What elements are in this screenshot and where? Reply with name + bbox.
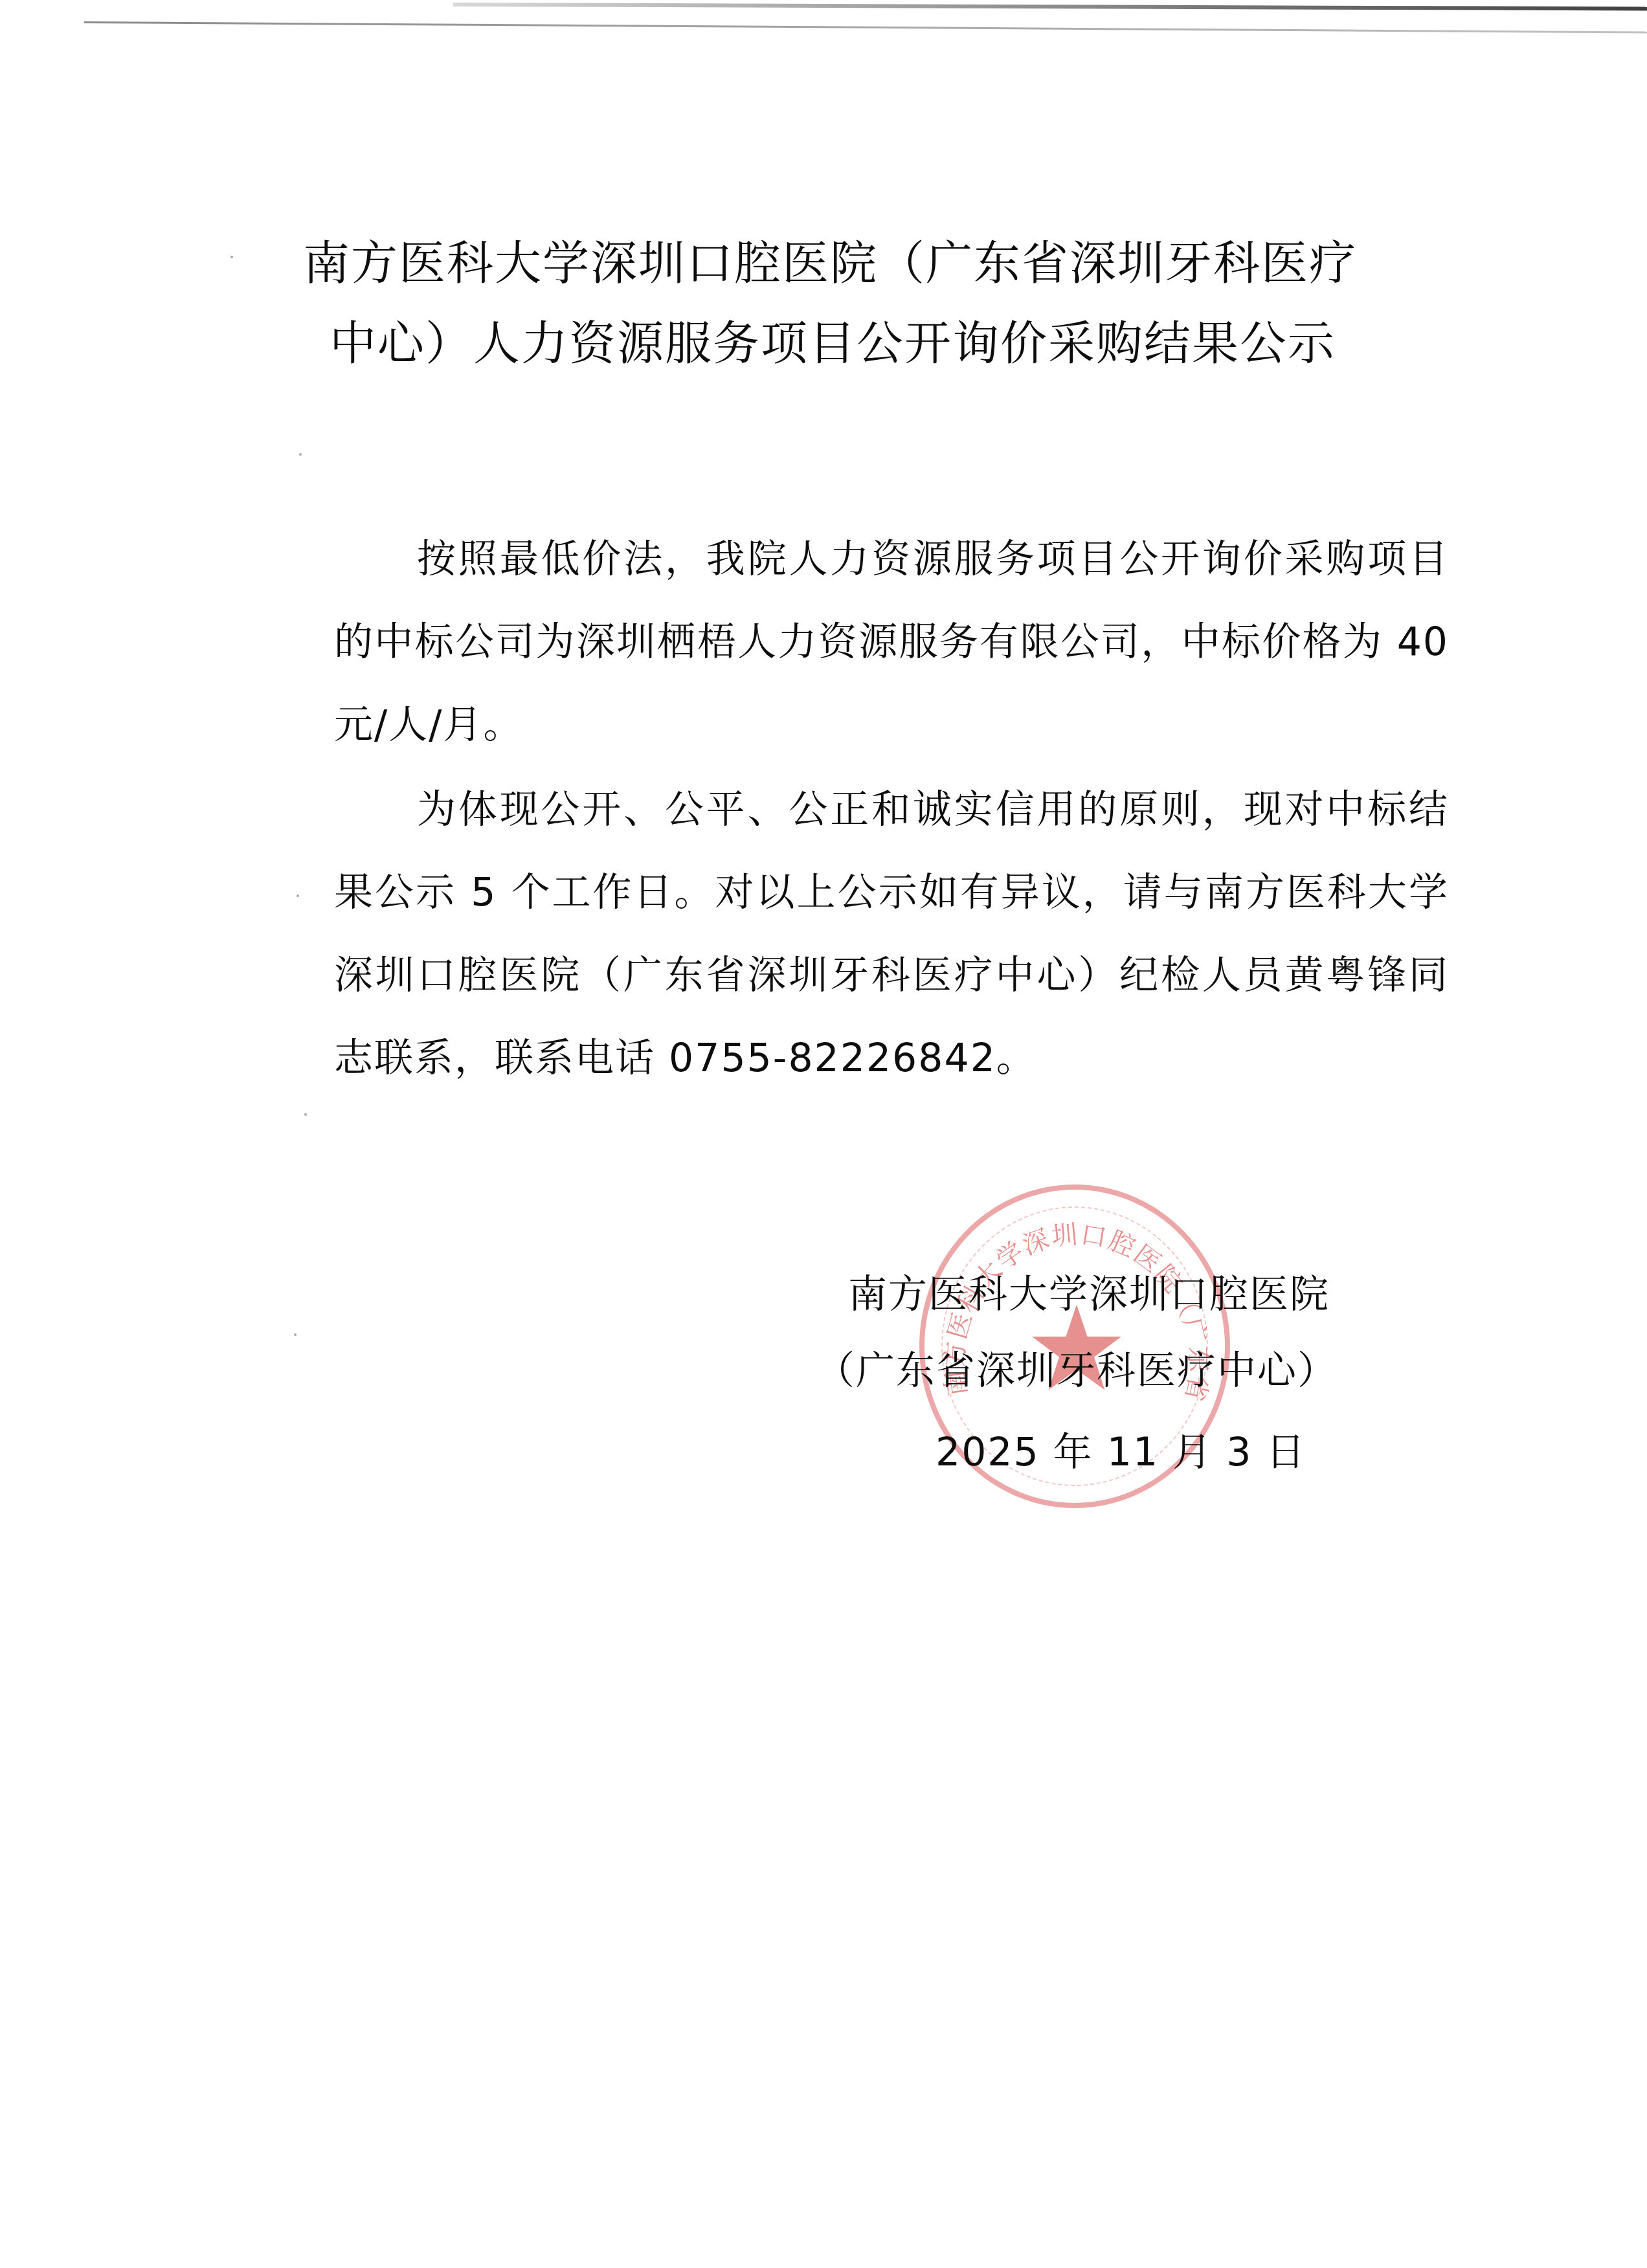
scan-speck (297, 895, 299, 897)
scan-speck (304, 1113, 307, 1116)
body-paragraph-publicity: 为体现公开、公平、公正和诚实信用的原则，现对中标结果公示 5 个工作日。对以上公… (334, 768, 1449, 1100)
document-title-line-1: 南方医科大学深圳口腔医院（广东省深圳牙科医疗 (6, 239, 1647, 286)
scan-edge-line (453, 3, 1647, 10)
scan-edge-line (84, 21, 1647, 34)
scan-speck (230, 256, 233, 258)
signature-organization-sub: （广东省深圳牙科医疗中心） (816, 1351, 1338, 1390)
scan-speck (299, 453, 302, 456)
document-title-line-2: 中心）人力资源服务项目公开询价采购结果公示 (9, 320, 1647, 366)
body-paragraph-result: 按照最低价法，我院人力资源服务项目公开询价采购项目的中标公司为深圳栖梧人力资源服… (334, 518, 1449, 766)
signature-date: 2025 年 11 月 3 日 (936, 1433, 1306, 1472)
scan-speck (294, 1333, 297, 1336)
signature-organization: 南方医科大学深圳口腔医院 (848, 1275, 1330, 1314)
